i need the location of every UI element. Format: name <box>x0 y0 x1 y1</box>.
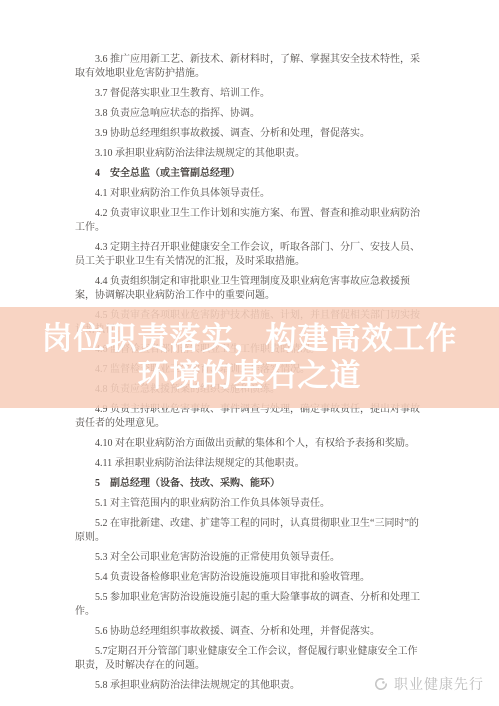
document-paragraph: 4.4 负责组织制定和审批职业卫生管理制度及职业病危害事故应急救援预案，协调解决… <box>75 275 427 303</box>
document-paragraph: 3.10 承担职业病防治法律法规规定的其他职责。 <box>75 147 427 161</box>
document-paragraph: 3.9 协助总经理组织事故救援、调查、分析和处理，督促落实。 <box>75 127 427 141</box>
document-paragraph: 4 安全总监（或主管副总经理） <box>75 167 427 181</box>
banner-title-line-2: 环境的基石之道 <box>138 358 362 395</box>
document-paragraph: 5.5 参加职业危害防治设施设施引起的重大险肇事故的调查、分析和处理工作。 <box>75 591 427 619</box>
document-paragraph: 4.1 对职业病防治工作负具体领导责任。 <box>75 187 427 201</box>
banner-overlay: 岗位职责落实，构建高效工作 环境的基石之道 <box>0 307 499 408</box>
document-paragraph: 5.3 对全公司职业危害防治设施的正常使用负领导责任。 <box>75 551 427 565</box>
document-paragraph: 3.7 督促落实职业卫生教育、培训工作。 <box>75 87 427 101</box>
watermark-logo-icon <box>373 676 389 692</box>
document-paragraph: 5.1 对主管范围内的职业病防治工作负具体领导责任。 <box>75 497 427 511</box>
page: { "page": { "background": "#ffffff", "bo… <box>0 0 499 706</box>
document-paragraph: 5.6 协助总经理组织事故救援、调查、分析和处理，并督促落实。 <box>75 625 427 639</box>
document-paragraph: 3.8 负责应急响应状态的指挥、协调。 <box>75 107 427 121</box>
document-paragraph: 5.2 在审批新建、改建、扩建等工程的同时，认真贯彻职业卫生“三同时”的原则。 <box>75 517 427 545</box>
watermark: 职业健康先行 <box>373 674 484 694</box>
document-paragraph: 4.10 对在职业病防治方面做出贡献的集体和个人，有权给予表扬和奖励。 <box>75 437 427 451</box>
document-paragraph: 3.6 推广应用新工艺、新技术、新材料时，了解、掌握其安全技术特性，采取有效地职… <box>75 53 427 81</box>
watermark-text: 职业健康先行 <box>394 674 484 694</box>
banner-title-line-1: 岗位职责落实，构建高效工作 <box>42 321 458 358</box>
document-paragraph: 5 副总经理（设备、技改、采购、能环） <box>75 477 427 491</box>
document-paragraph: 5.4 负责设备检修职业危害防治设施设施项目审批和验收管理。 <box>75 571 427 585</box>
document-paragraph: 4.3 定期主持召开职业健康安全工作会议，听取各部门、分厂、安技人员、员工关于职… <box>75 241 427 269</box>
document-paragraph: 4.2 负责审议职业卫生工作计划和实施方案、布置、督查和推动职业病防治工作。 <box>75 207 427 235</box>
document-paragraph: 5.7定期召开分管部门职业健康安全工作会议，督促履行职业健康安全工作职责，及时解… <box>75 645 427 673</box>
document-paragraph: 4.11 承担职业病防治法律法规规定的其他职责。 <box>75 457 427 471</box>
